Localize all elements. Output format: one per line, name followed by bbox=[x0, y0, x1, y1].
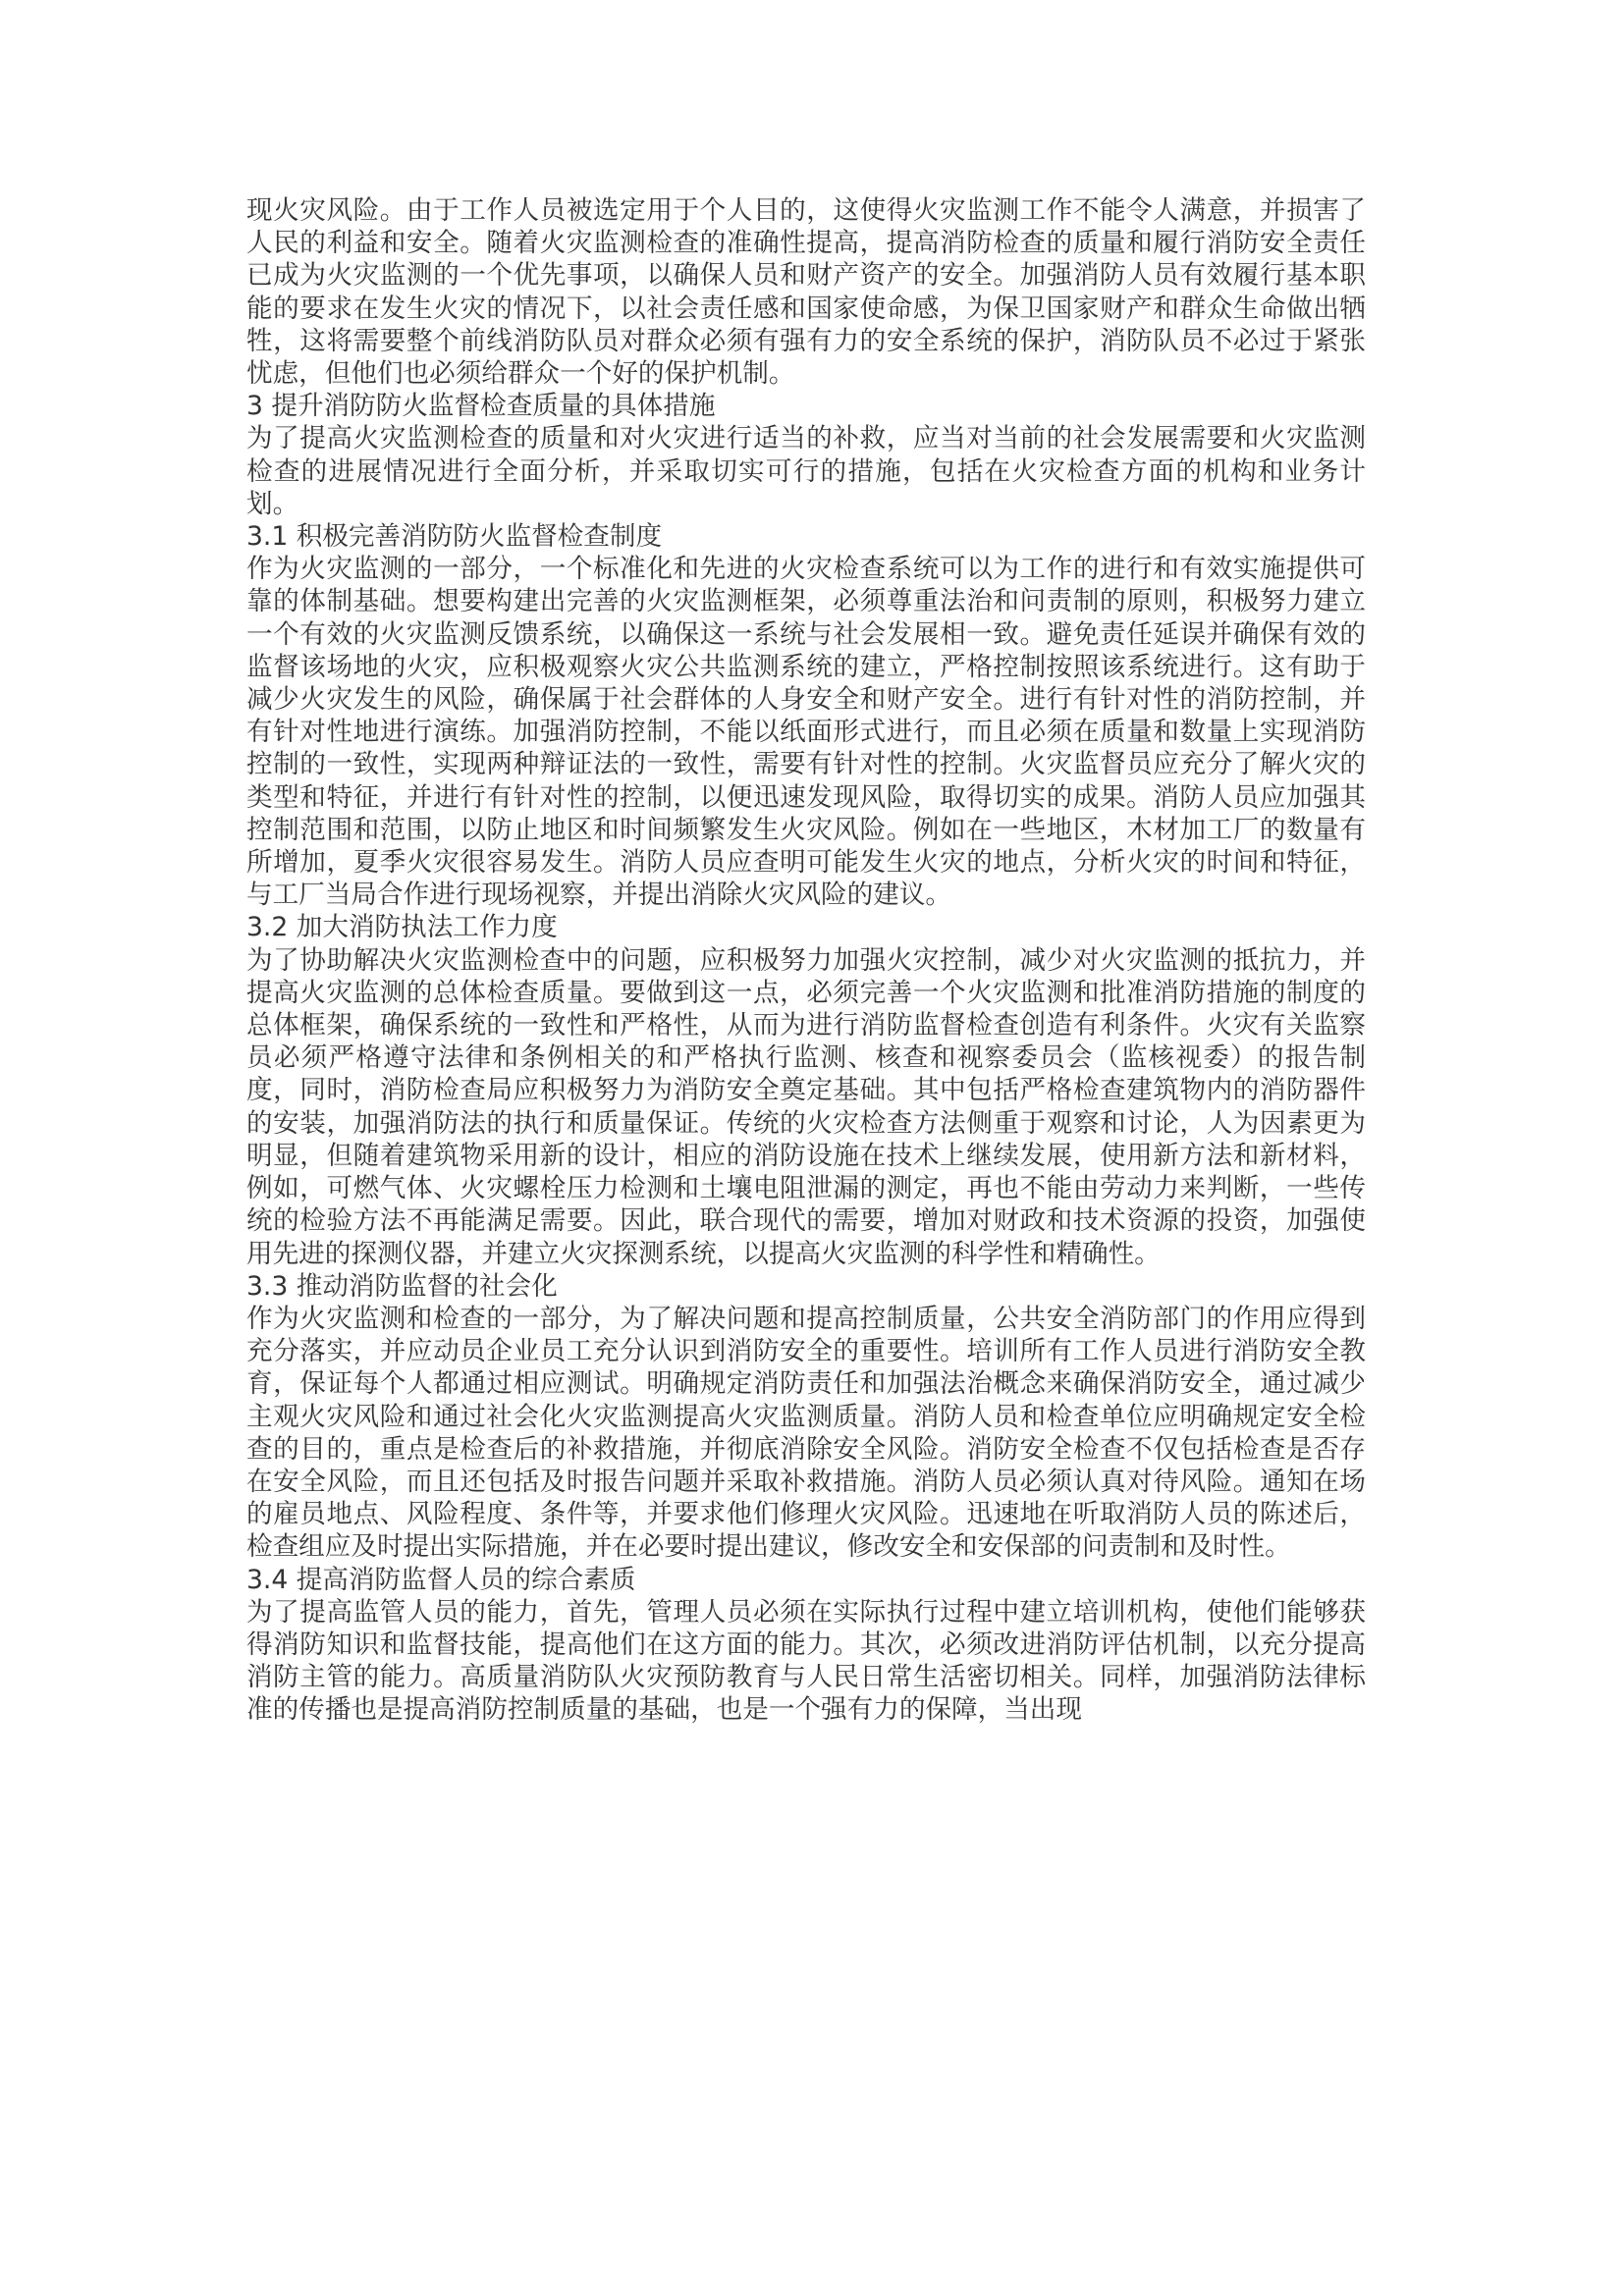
paragraph-intro-continued: 现火灾风险。由于工作人员被选定用于个人目的，这使得火灾监测工作不能令人满意，并损… bbox=[246, 194, 1366, 390]
section-heading-3-1: 3.1 积极完善消防防火监督检查制度 bbox=[246, 520, 1366, 553]
section-heading-3-4: 3.4 提高消防监督人员的综合素质 bbox=[246, 1564, 1366, 1596]
paragraph-section-3-1: 作为火灾监测的一部分，一个标准化和先进的火灾检查系统可以为工作的进行和有效实施提… bbox=[246, 553, 1366, 911]
section-heading-3: 3 提升消防防火监督检查质量的具体措施 bbox=[246, 390, 1366, 422]
document-page: 现火灾风险。由于工作人员被选定用于个人目的，这使得火灾监测工作不能令人满意，并损… bbox=[246, 194, 1366, 1727]
section-heading-3-3: 3.3 推动消防监督的社会化 bbox=[246, 1270, 1366, 1303]
paragraph-section-3-4: 为了提高监管人员的能力，首先，管理人员必须在实际执行过程中建立培训机构，使他们能… bbox=[246, 1596, 1366, 1727]
section-heading-3-2: 3.2 加大消防执法工作力度 bbox=[246, 911, 1366, 943]
paragraph-section-3-3: 作为火灾监测和检查的一部分，为了解决问题和提高控制质量，公共安全消防部门的作用应… bbox=[246, 1303, 1366, 1564]
paragraph-section-3: 为了提高火灾监测检查的质量和对火灾进行适当的补救，应当对当前的社会发展需要和火灾… bbox=[246, 422, 1366, 520]
paragraph-section-3-2: 为了协助解决火灾监测检查中的问题，应积极努力加强火灾控制，减少对火灾监测的抵抗力… bbox=[246, 944, 1366, 1270]
